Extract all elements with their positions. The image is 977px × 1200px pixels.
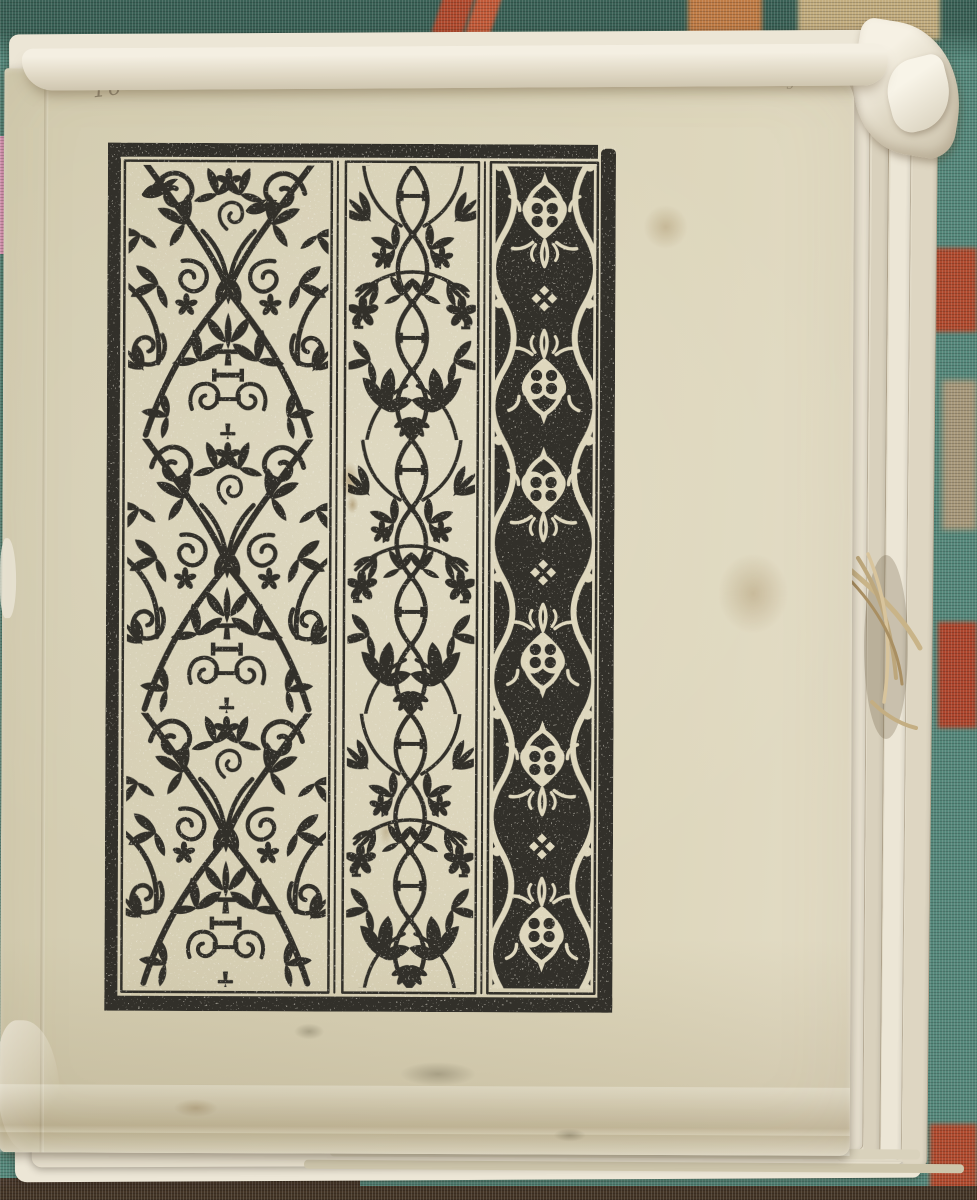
foxing-stain [718,553,788,633]
foxing-stain [644,205,688,249]
foxing-stain [379,818,393,846]
page-crease [40,68,49,1152]
woodcut-print-block [104,143,616,1013]
photographed-book-spread: 16 3 [0,0,977,1200]
smudge-stain [294,1023,324,1039]
foxing-stain [346,496,358,514]
curled-page-top-edge [22,43,888,90]
binding-tie-threads [842,552,938,752]
smudge-stain [400,1062,476,1086]
page-bottom-wear [0,1084,850,1136]
smudge-stain [554,1129,586,1142]
page-edge-nick [0,538,16,618]
print-texture-speckle [104,143,616,1013]
page-bottom-wear [0,1132,850,1156]
foxing-stain [174,1099,218,1117]
foxing-stain [340,462,358,500]
pattern-book-page: 16 3 [0,68,854,1156]
